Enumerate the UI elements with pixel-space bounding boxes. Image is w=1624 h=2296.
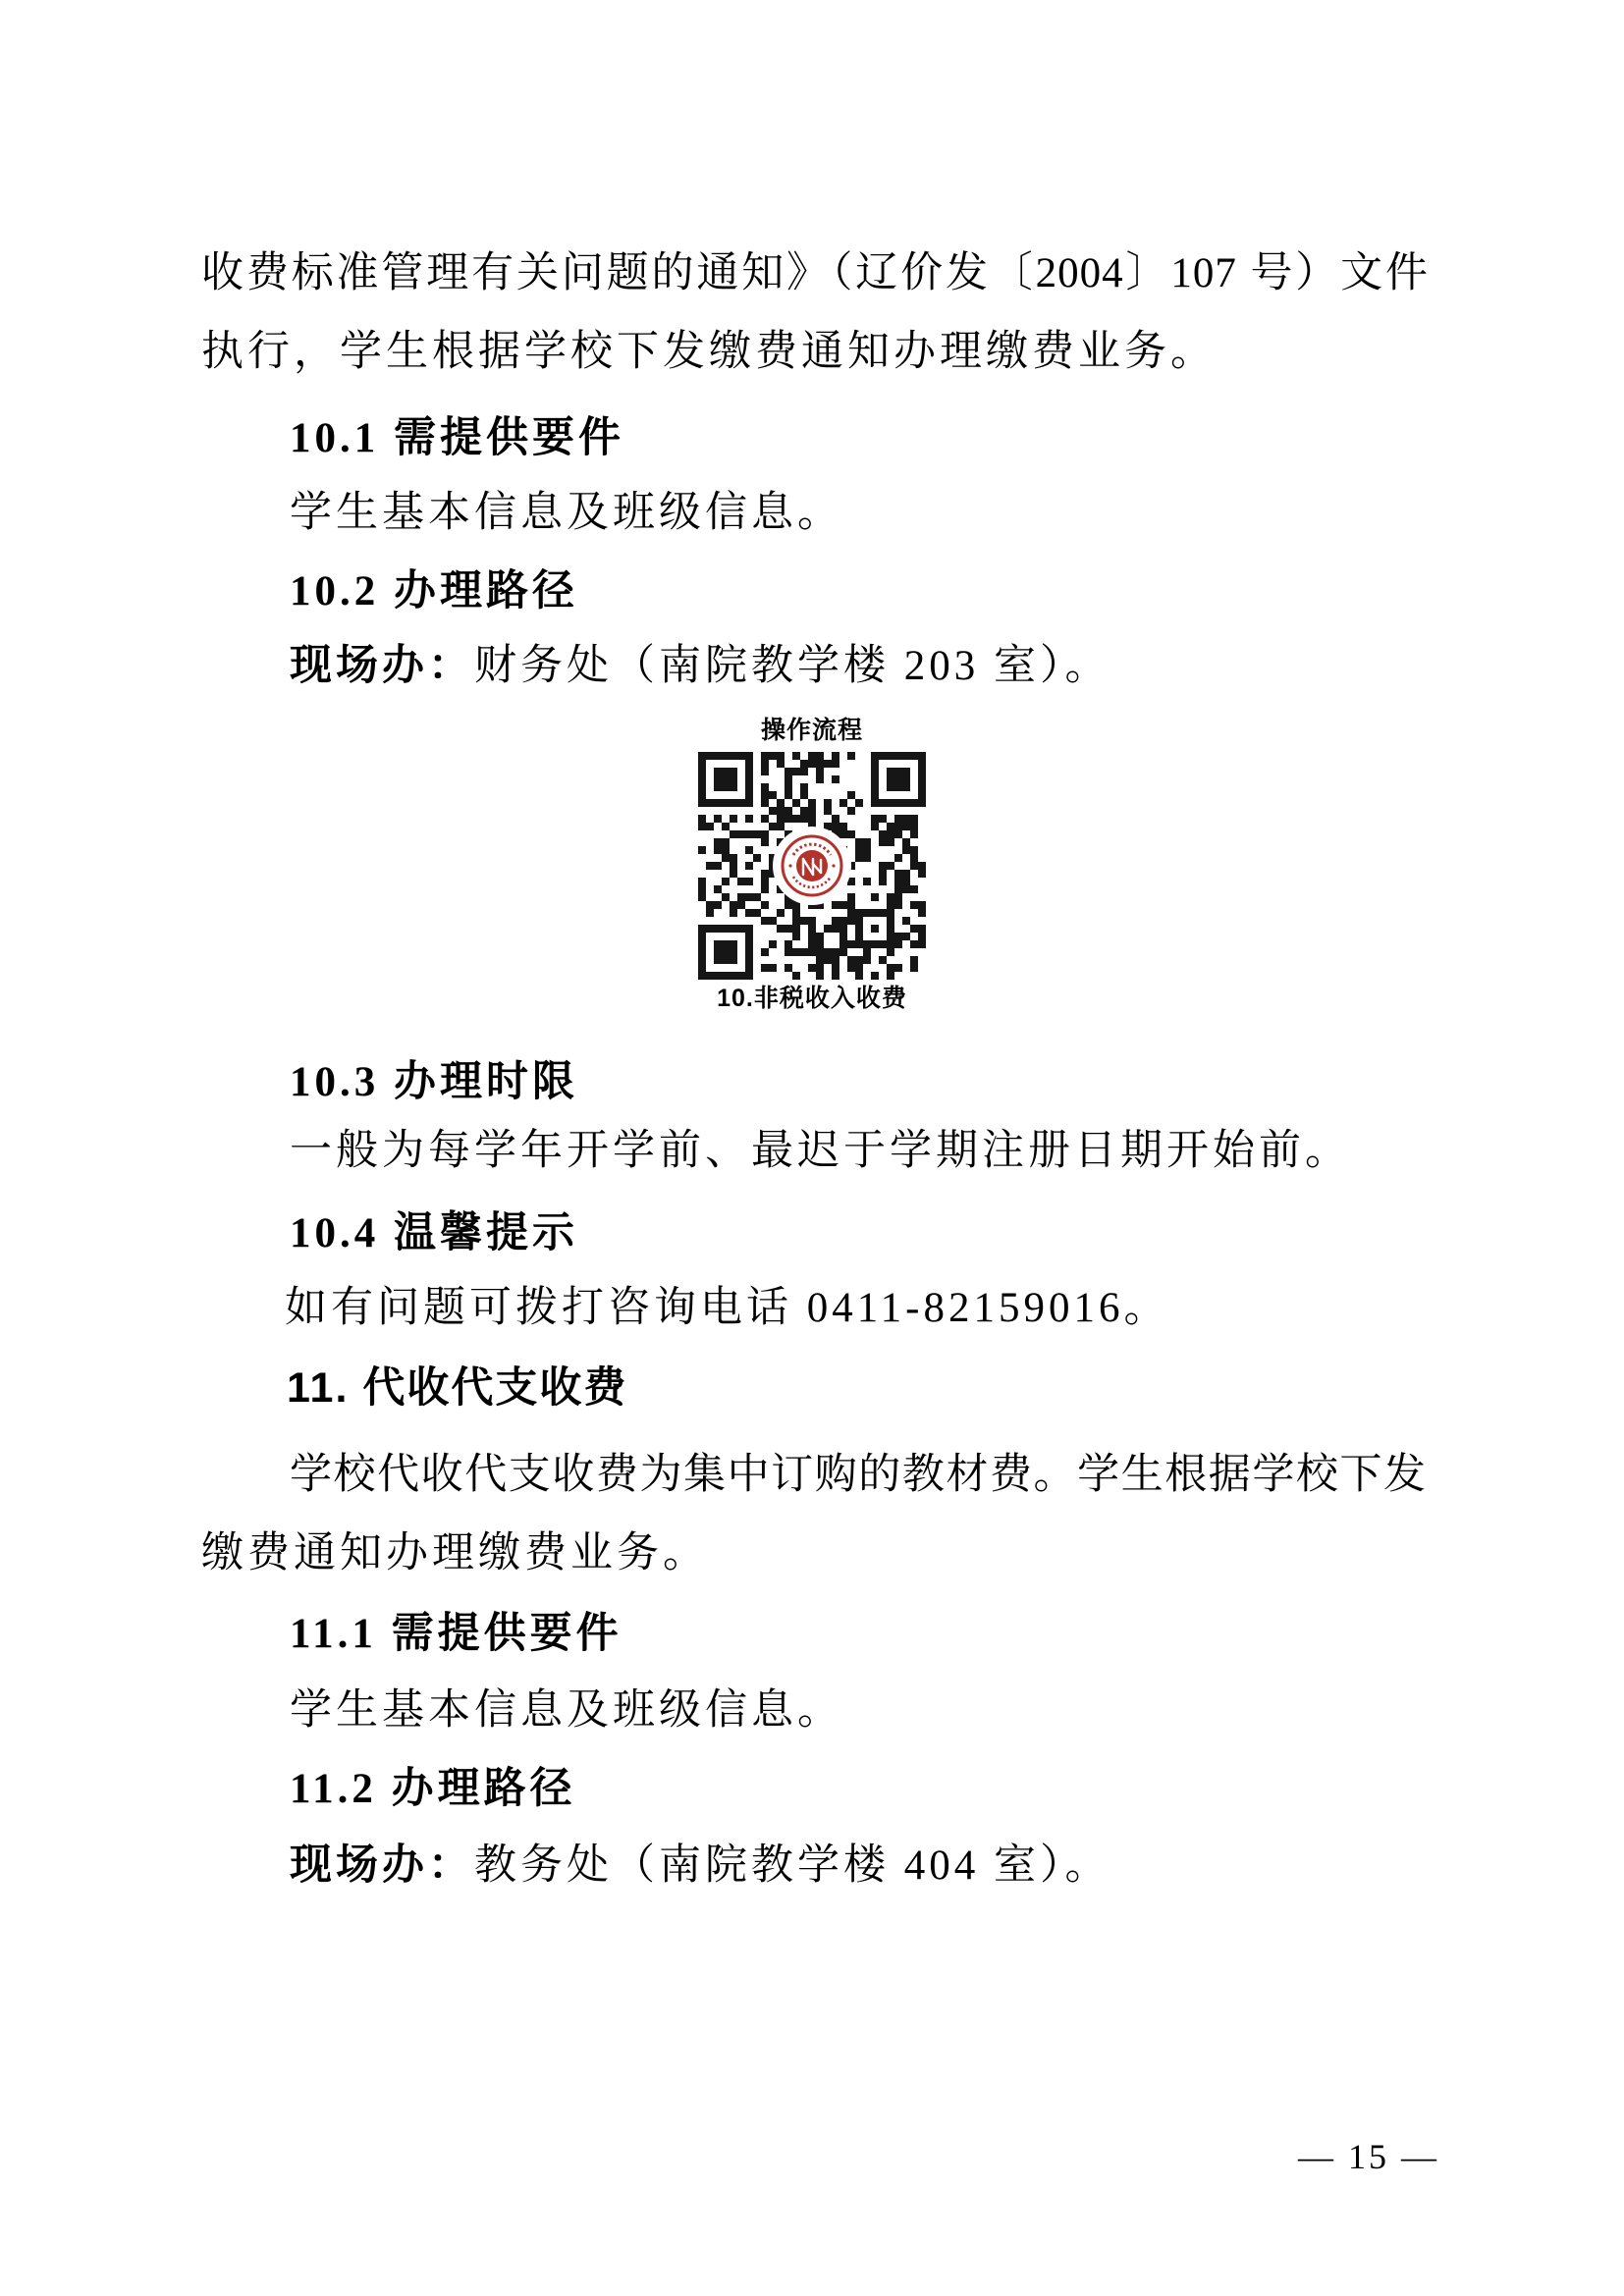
paragraph-line: 学生基本信息及班级信息。 — [290, 491, 843, 536]
section-heading-11-1: 11.1 需提供要件 — [290, 1612, 623, 1657]
section-heading-10-3: 10.3 办理时限 — [290, 1060, 578, 1105]
document-page: 收费标准管理有关问题的通知》（辽价发〔2004〕107 号）文件 执行，学生根据… — [0, 0, 1624, 2296]
paragraph-line: 执行，学生根据学校下发缴费通知办理缴费业务。 — [201, 330, 1217, 375]
paragraph-line: 学校代收代支收费为集中订购的教材费。学生根据学校下发 — [290, 1453, 1427, 1498]
paragraph-line: 如有问题可拨打咨询电话 0411-82159016。 — [285, 1286, 1169, 1331]
page-number: — 15 — — [1298, 2136, 1439, 2177]
paragraph-line: 学生基本信息及班级信息。 — [290, 1688, 843, 1734]
section-heading-11: 11. 代收代支收费 — [287, 1365, 627, 1411]
paragraph-line: 缴费通知办理缴费业务。 — [201, 1531, 709, 1576]
paragraph-line: 收费标准管理有关问题的通知》（辽价发〔2004〕107 号）文件 — [201, 251, 1429, 296]
paragraph-text: 财务处（南院教学楼 203 室）。 — [474, 643, 1111, 689]
section-heading-10-2: 10.2 办理路径 — [290, 569, 578, 614]
paragraph-line: 一般为每学年开学前、最迟于学期注册日期开始前。 — [290, 1129, 1351, 1174]
section-heading-10-1: 10.1 需提供要件 — [290, 416, 624, 461]
qr-caption: 10.非税收入收费 — [669, 987, 955, 1011]
qr-title: 操作流程 — [669, 719, 955, 743]
run-in-label: 现场办： — [290, 1842, 474, 1889]
section-heading-10-4: 10.4 温馨提示 — [290, 1211, 578, 1256]
run-in-label: 现场办： — [290, 643, 474, 689]
paragraph-line: 现场办：教务处（南院教学楼 404 室）。 — [290, 1843, 1111, 1889]
paragraph-text: 教务处（南院教学楼 404 室）。 — [474, 1842, 1111, 1889]
paragraph-line: 现场办：财务处（南院教学楼 203 室）。 — [290, 644, 1111, 689]
qr-code — [698, 752, 926, 980]
section-heading-11-2: 11.2 办理路径 — [290, 1767, 576, 1812]
